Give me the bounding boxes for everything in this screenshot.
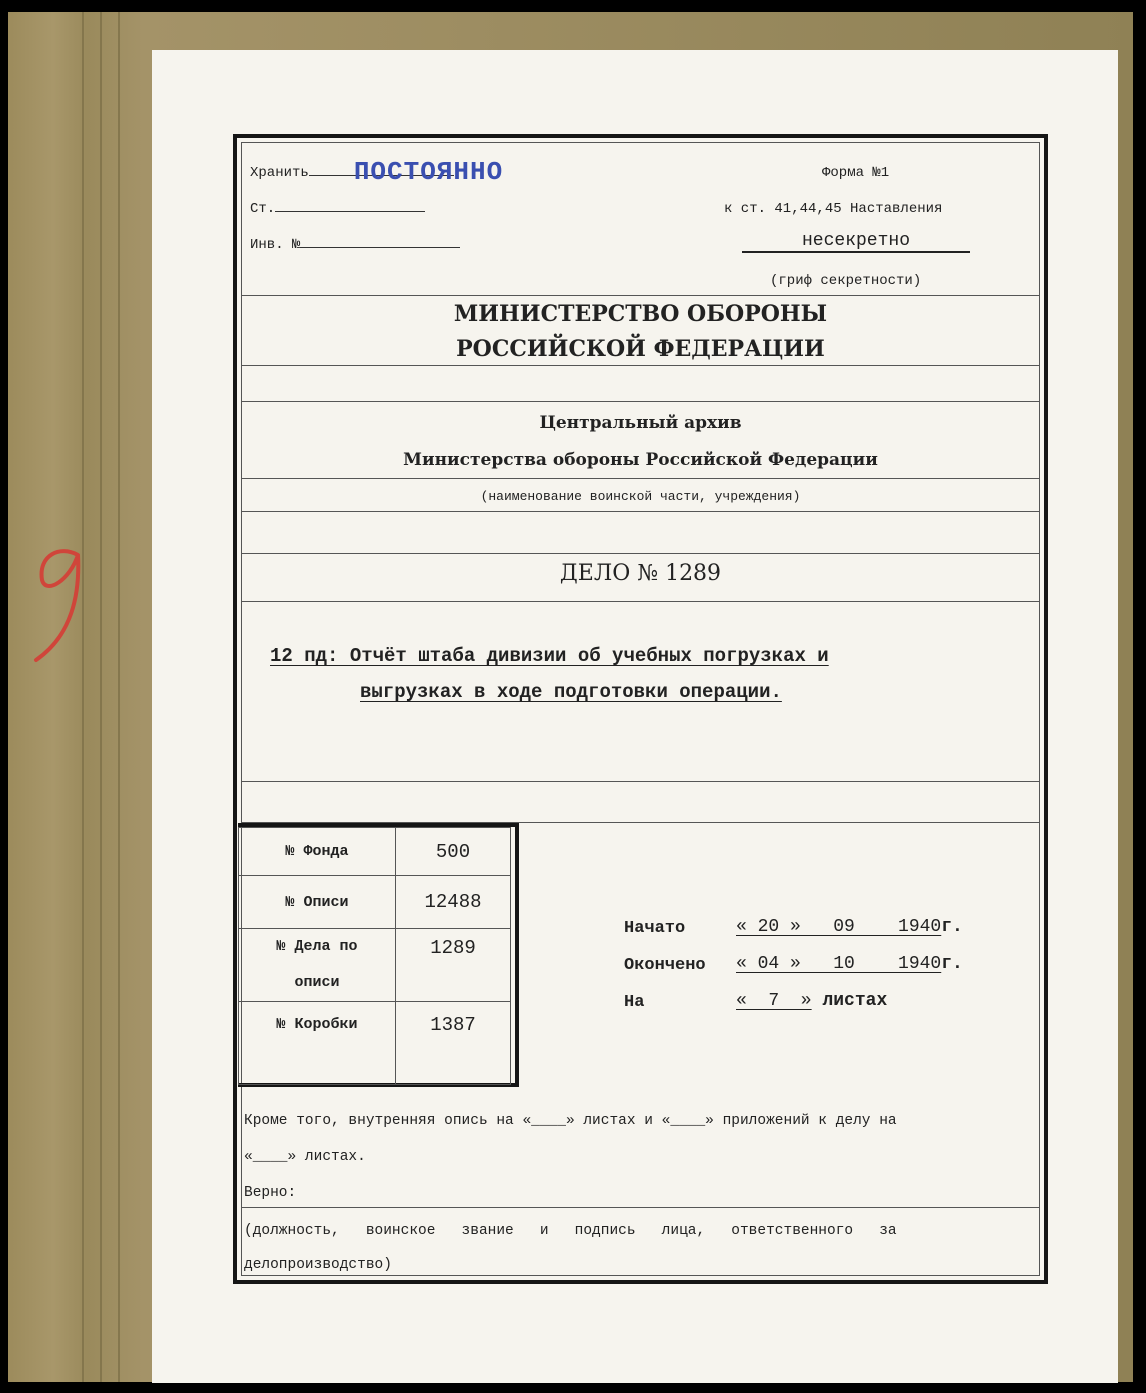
- st-line[interactable]: [275, 211, 425, 212]
- regulation-reference: к ст. 41,44,45 Наставления: [724, 201, 942, 217]
- fund-label: № Фонда: [239, 828, 396, 876]
- divider: [242, 511, 1039, 512]
- footer-line2: «____» листах.: [244, 1149, 366, 1165]
- sheets-suffix: листах: [822, 991, 887, 1011]
- keep-label: Хранить: [250, 165, 309, 181]
- keep-field: ХранитьПОСТОЯННО: [250, 165, 454, 181]
- signature-caption-line2: делопроизводство): [244, 1257, 392, 1273]
- sheets-count: « 7 » листах: [736, 991, 887, 1011]
- box-label: № Коробки: [239, 1002, 396, 1085]
- divider: [242, 781, 1039, 782]
- table-row: № Дела по описи 1289: [239, 929, 511, 1002]
- form-number: Форма №1: [822, 165, 889, 181]
- archive-line1: Центральный архив: [242, 413, 1039, 433]
- st-label: Ст.: [250, 201, 275, 217]
- divider: [242, 553, 1039, 554]
- inv-line[interactable]: [300, 247, 460, 248]
- archive-line2: Министерства обороны Российской Федераци…: [242, 450, 1039, 470]
- verified-label: Верно:: [244, 1185, 296, 1201]
- ended-value: « 04 » 10 1940: [736, 954, 941, 974]
- divider: [242, 365, 1039, 366]
- handwritten-red-mark: [30, 545, 90, 675]
- ended-date: « 04 » 10 1940г.: [736, 954, 963, 974]
- year-suffix: г.: [941, 954, 963, 974]
- spine-crease: [118, 12, 120, 1382]
- inv-field: Инв. №: [250, 237, 460, 253]
- form-frame: ХранитьПОСТОЯННО Форма №1 Ст. к ст. 41,4…: [233, 134, 1048, 1284]
- sheets-value: « 7 »: [736, 991, 812, 1011]
- started-value: « 20 » 09 1940: [736, 917, 941, 937]
- secrecy-caption: (гриф секретности): [770, 273, 921, 289]
- case-number-label: № Дела по описи: [239, 929, 396, 1002]
- case-title: ДЕЛО № 1289: [242, 561, 1039, 586]
- inventory-value: 12488: [396, 876, 511, 929]
- keep-line: ПОСТОЯННО: [309, 175, 454, 176]
- inv-label: Инв. №: [250, 237, 300, 253]
- table-row: № Коробки 1387: [239, 1002, 511, 1085]
- box-value: 1387: [396, 1002, 511, 1085]
- keep-stamp: ПОСТОЯННО: [354, 157, 503, 187]
- case-description-line1: 12 пд: Отчёт штаба дивизии об учебных по…: [270, 645, 829, 667]
- fund-value: 500: [396, 828, 511, 876]
- case-description-line2: выгрузках в ходе подготовки операции.: [360, 681, 782, 703]
- table-row: № Фонда 500: [239, 828, 511, 876]
- inventory-label: № Описи: [239, 876, 396, 929]
- started-date: « 20 » 09 1940г.: [736, 917, 963, 937]
- signature-caption-line1: (должность, воинское звание и подпись ли…: [244, 1223, 897, 1239]
- unit-caption: (наименование воинской части, учреждения…: [242, 489, 1039, 504]
- started-label: Начато: [624, 919, 685, 938]
- footer-line1: Кроме того, внутренняя опись на «____» л…: [244, 1113, 897, 1129]
- case-number-value: 1289: [396, 929, 511, 1002]
- divider: [242, 1207, 1039, 1208]
- year-suffix: г.: [941, 917, 963, 937]
- divider: [242, 601, 1039, 602]
- secrecy-value: несекретно: [742, 231, 970, 253]
- divider: [242, 478, 1039, 479]
- table-row: № Описи 12488: [239, 876, 511, 929]
- st-field: Ст.: [250, 201, 425, 217]
- spine-crease: [82, 12, 84, 1382]
- form-inner: ХранитьПОСТОЯННО Форма №1 Ст. к ст. 41,4…: [241, 142, 1040, 1276]
- ministry-line1: МИНИСТЕРСТВО ОБОРОНЫ: [242, 301, 1039, 327]
- info-table-frame: № Фонда 500 № Описи 12488 № Дела по опис…: [238, 823, 519, 1087]
- spine-crease: [100, 12, 102, 1382]
- sheets-label: На: [624, 993, 644, 1012]
- divider: [242, 401, 1039, 402]
- info-table: № Фонда 500 № Описи 12488 № Дела по опис…: [238, 827, 511, 1085]
- ministry-line2: РОССИЙСКОЙ ФЕДЕРАЦИИ: [242, 336, 1039, 362]
- ended-label: Окончено: [624, 956, 706, 975]
- divider: [242, 295, 1039, 296]
